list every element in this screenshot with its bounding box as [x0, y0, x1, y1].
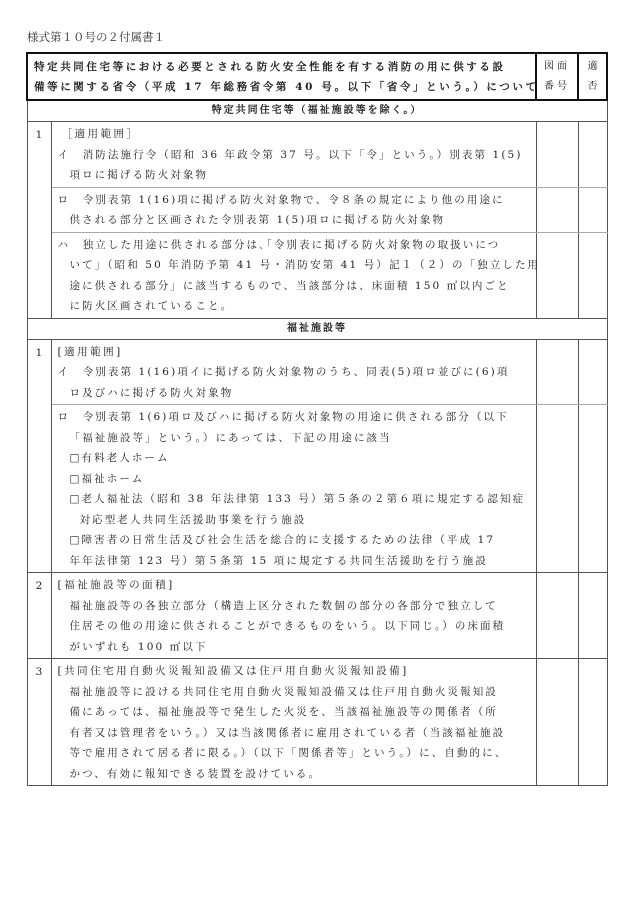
- compliance-cell[interactable]: [578, 232, 607, 318]
- figure-number-cell[interactable]: [536, 405, 578, 573]
- item-text-line: がいずれも 100 ㎡以下: [58, 637, 530, 658]
- table-header-row: 特定共同住宅等における必要とされる防火安全性能を有する消防の用に供する設 備等に…: [27, 53, 607, 100]
- checkbox-label: 老人福祉法（昭和 38 年法律第 133 号）第５条の２第６項に規定する認知症: [82, 493, 526, 505]
- item-text-line: いて」（昭和 50 年消防予第 41 号・消防安第 41 号）記１（２）の「独立…: [58, 255, 530, 276]
- item-text-line: イ 令別表第 1(16)項イに掲げる防火対象物のうち、同表(5)項ロ並びに(6)…: [58, 362, 530, 383]
- item-text-line: 住居その他の用途に供されることができるものをいう。以下同じ。）の床面積: [58, 616, 530, 637]
- item-text-line: 福祉施設等の各独立部分（構造上区分された数個の部分の各部分で独立して: [58, 596, 530, 617]
- table-row: 2 [福祉施設等の面積] 福祉施設等の各独立部分（構造上区分された数個の部分の各…: [27, 573, 607, 659]
- figure-number-cell[interactable]: [536, 232, 578, 318]
- item-body: ［適用範囲］ イ 消防法施行令（昭和 36 年政令第 37 号。以下「令」という…: [51, 122, 536, 188]
- item-heading: [福祉施設等の面積]: [58, 575, 530, 596]
- compliance-cell[interactable]: [578, 573, 607, 659]
- compliance-cell[interactable]: [578, 339, 607, 405]
- checkbox-item-disability-group-home[interactable]: □障害者の日常生活及び社会生活を総合的に支援するための法律（平成 17: [58, 530, 530, 551]
- checkbox-item-paid-nursing-home[interactable]: □有料老人ホーム: [58, 448, 530, 469]
- item-text-line: かつ、有効に報知できる装置を設けている。: [58, 764, 530, 785]
- item-text-line: 供される部分と区画された令別表第 1(5)項ロに掲げる防火対象物: [58, 210, 530, 231]
- checkbox-icon[interactable]: □: [70, 469, 82, 490]
- item-number: 3: [27, 659, 51, 786]
- figure-number-cell[interactable]: [536, 659, 578, 786]
- item-text-line: ロ及びハに掲げる防火対象物: [58, 383, 530, 404]
- item-body: ロ 令別表第 1(16)項に掲げる防火対象物で、令８条の規定により他の用途に 供…: [51, 187, 536, 232]
- item-body: [適用範囲] イ 令別表第 1(16)項イに掲げる防火対象物のうち、同表(5)項…: [51, 339, 536, 405]
- item-text-line: 途に供される部分」に該当するもので、当該部分は、床面積 150 ㎡以内ごと: [58, 276, 530, 297]
- item-heading: [適用範囲]: [58, 342, 530, 363]
- item-heading: [共同住宅用自動火災報知設備又は住戸用自動火災報知設備]: [58, 661, 530, 682]
- table-row: 3 [共同住宅用自動火災報知設備又は住戸用自動火災報知設備] 福祉施設等に設ける…: [27, 659, 607, 786]
- header-figure-label: 図面: [537, 57, 577, 77]
- section-title: 福祉施設等: [27, 318, 607, 339]
- compliance-cell[interactable]: [578, 659, 607, 786]
- item-text-line: 「福祉施設等」という。）にあっては、下記の用途に該当: [58, 428, 530, 449]
- item-body: [共同住宅用自動火災報知設備又は住戸用自動火災報知設備] 福祉施設等に設ける共同…: [51, 659, 536, 786]
- header-title-line: 備等に関する省令（平成 17 年総務省令第 40 号。以下「省令」という。）につ…: [34, 77, 529, 97]
- checklist-table: 特定共同住宅等における必要とされる防火安全性能を有する消防の用に供する設 備等に…: [26, 52, 608, 786]
- table-row: ロ 令別表第 1(16)項に掲げる防火対象物で、令８条の規定により他の用途に 供…: [27, 187, 607, 232]
- item-text-line: ロ 令別表第 1(16)項に掲げる防火対象物で、令８条の規定により他の用途に: [58, 190, 530, 211]
- table-row: ロ 令別表第 1(6)項ロ及びハに掲げる防火対象物の用途に供される部分（以下 「…: [27, 405, 607, 573]
- item-number: 2: [27, 573, 51, 659]
- form-id-label: 様式第１０号の２付属書１: [27, 29, 165, 45]
- header-figure-number: 図面 番号: [536, 53, 578, 100]
- item-number: 1: [27, 122, 51, 319]
- section-row: 特定共同住宅等（福祉施設等を除く。）: [27, 100, 607, 122]
- item-text-line: に防火区画されていること。: [58, 296, 530, 317]
- item-body: ロ 令別表第 1(6)項ロ及びハに掲げる防火対象物の用途に供される部分（以下 「…: [51, 405, 536, 573]
- section-row: 福祉施設等: [27, 318, 607, 339]
- item-text-line: 有者又は管理者をいう。）又は当該関係者に雇用されている者（当該福祉施設: [58, 723, 530, 744]
- header-figure-label: 番号: [537, 77, 577, 97]
- checkbox-icon[interactable]: □: [70, 448, 82, 469]
- table-row: ハ 独立した用途に供される部分は､｢令別表に掲げる防火対象物の取扱いにつ いて」…: [27, 232, 607, 318]
- compliance-cell[interactable]: [578, 405, 607, 573]
- item-text-line: ハ 独立した用途に供される部分は､｢令別表に掲げる防火対象物の取扱いにつ: [58, 235, 530, 256]
- checkbox-label-continued: 年年法律第 123 号）第５条第 15 項に規定する共同生活援助を行う施設: [58, 551, 530, 572]
- checkbox-icon[interactable]: □: [70, 530, 82, 551]
- checkbox-icon[interactable]: □: [70, 489, 82, 510]
- header-compliance: 適 否: [578, 53, 607, 100]
- figure-number-cell[interactable]: [536, 573, 578, 659]
- checkbox-item-dementia-group-home[interactable]: □老人福祉法（昭和 38 年法律第 133 号）第５条の２第６項に規定する認知症: [58, 489, 530, 510]
- checkbox-label: 障害者の日常生活及び社会生活を総合的に支援するための法律（平成 17: [82, 534, 496, 546]
- item-text-line: イ 消防法施行令（昭和 36 年政令第 37 号。以下「令」という。）別表第 1…: [58, 145, 530, 166]
- header-compliance-label: 適: [579, 57, 606, 77]
- table-row: 1 ［適用範囲］ イ 消防法施行令（昭和 36 年政令第 37 号。以下「令」と…: [27, 122, 607, 188]
- item-text-line: 備にあっては、福祉施設等で発生した火災を、当該福祉施設等の関係者（所: [58, 702, 530, 723]
- item-text-line: ロ 令別表第 1(6)項ロ及びハに掲げる防火対象物の用途に供される部分（以下: [58, 407, 530, 428]
- item-body: [福祉施設等の面積] 福祉施設等の各独立部分（構造上区分された数個の部分の各部分…: [51, 573, 536, 659]
- item-text-line: 項ロに掲げる防火対象物: [58, 165, 530, 186]
- item-text-line: 福祉施設等に設ける共同住宅用自動火災報知設備又は住戸用自動火災報知設: [58, 682, 530, 703]
- compliance-cell[interactable]: [578, 122, 607, 188]
- checkbox-label-continued: 対応型老人共同生活援助事業を行う施設: [58, 510, 530, 531]
- figure-number-cell[interactable]: [536, 122, 578, 188]
- header-title-line: 特定共同住宅等における必要とされる防火安全性能を有する消防の用に供する設: [34, 57, 529, 77]
- checkbox-label: 有料老人ホーム: [82, 452, 170, 464]
- figure-number-cell[interactable]: [536, 339, 578, 405]
- compliance-cell[interactable]: [578, 187, 607, 232]
- checkbox-label: 福祉ホーム: [82, 473, 145, 485]
- item-number: 1: [27, 339, 51, 573]
- figure-number-cell[interactable]: [536, 187, 578, 232]
- checkbox-item-welfare-home[interactable]: □福祉ホーム: [58, 469, 530, 490]
- item-text-line: 等で雇用されて居る者に限る。）（以下「関係者等」という。）に、自動的に、: [58, 743, 530, 764]
- table-row: 1 [適用範囲] イ 令別表第 1(16)項イに掲げる防火対象物のうち、同表(5…: [27, 339, 607, 405]
- section-title: 特定共同住宅等（福祉施設等を除く。）: [27, 100, 607, 122]
- header-compliance-label: 否: [579, 77, 606, 97]
- header-title: 特定共同住宅等における必要とされる防火安全性能を有する消防の用に供する設 備等に…: [27, 53, 536, 100]
- item-heading: ［適用範囲］: [58, 124, 530, 145]
- item-body: ハ 独立した用途に供される部分は､｢令別表に掲げる防火対象物の取扱いにつ いて」…: [51, 232, 536, 318]
